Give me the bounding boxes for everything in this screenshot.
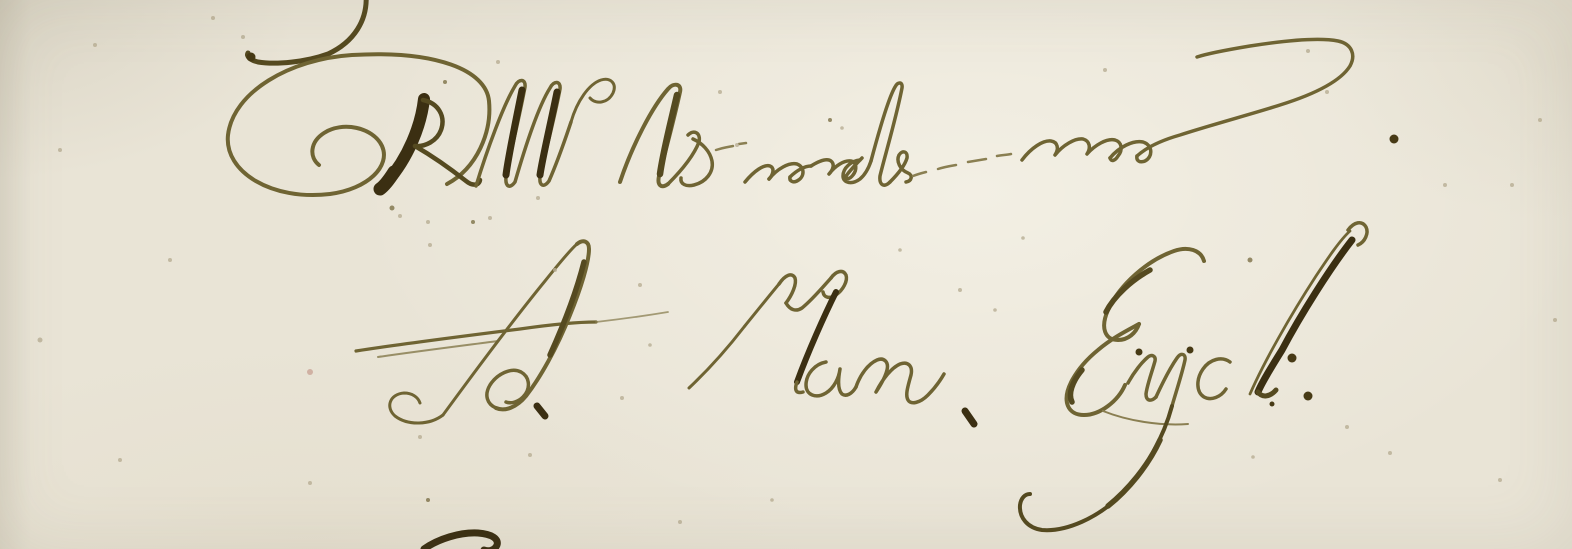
manuscript-paper: R W Brandsma. A. Van. Eijck: partial pen… bbox=[0, 0, 1572, 549]
pen-stroke-fragment-bottom: partial pen stroke cut off at bottom edg… bbox=[424, 533, 497, 549]
manuscript-scan: partial pen stroke cut off at top edge R… bbox=[0, 0, 1572, 549]
signature-a-van-eijck: A. Van. Eijck: bbox=[356, 223, 1367, 530]
signature-rw-brandsma: R W Brandsma. bbox=[228, 39, 1399, 195]
